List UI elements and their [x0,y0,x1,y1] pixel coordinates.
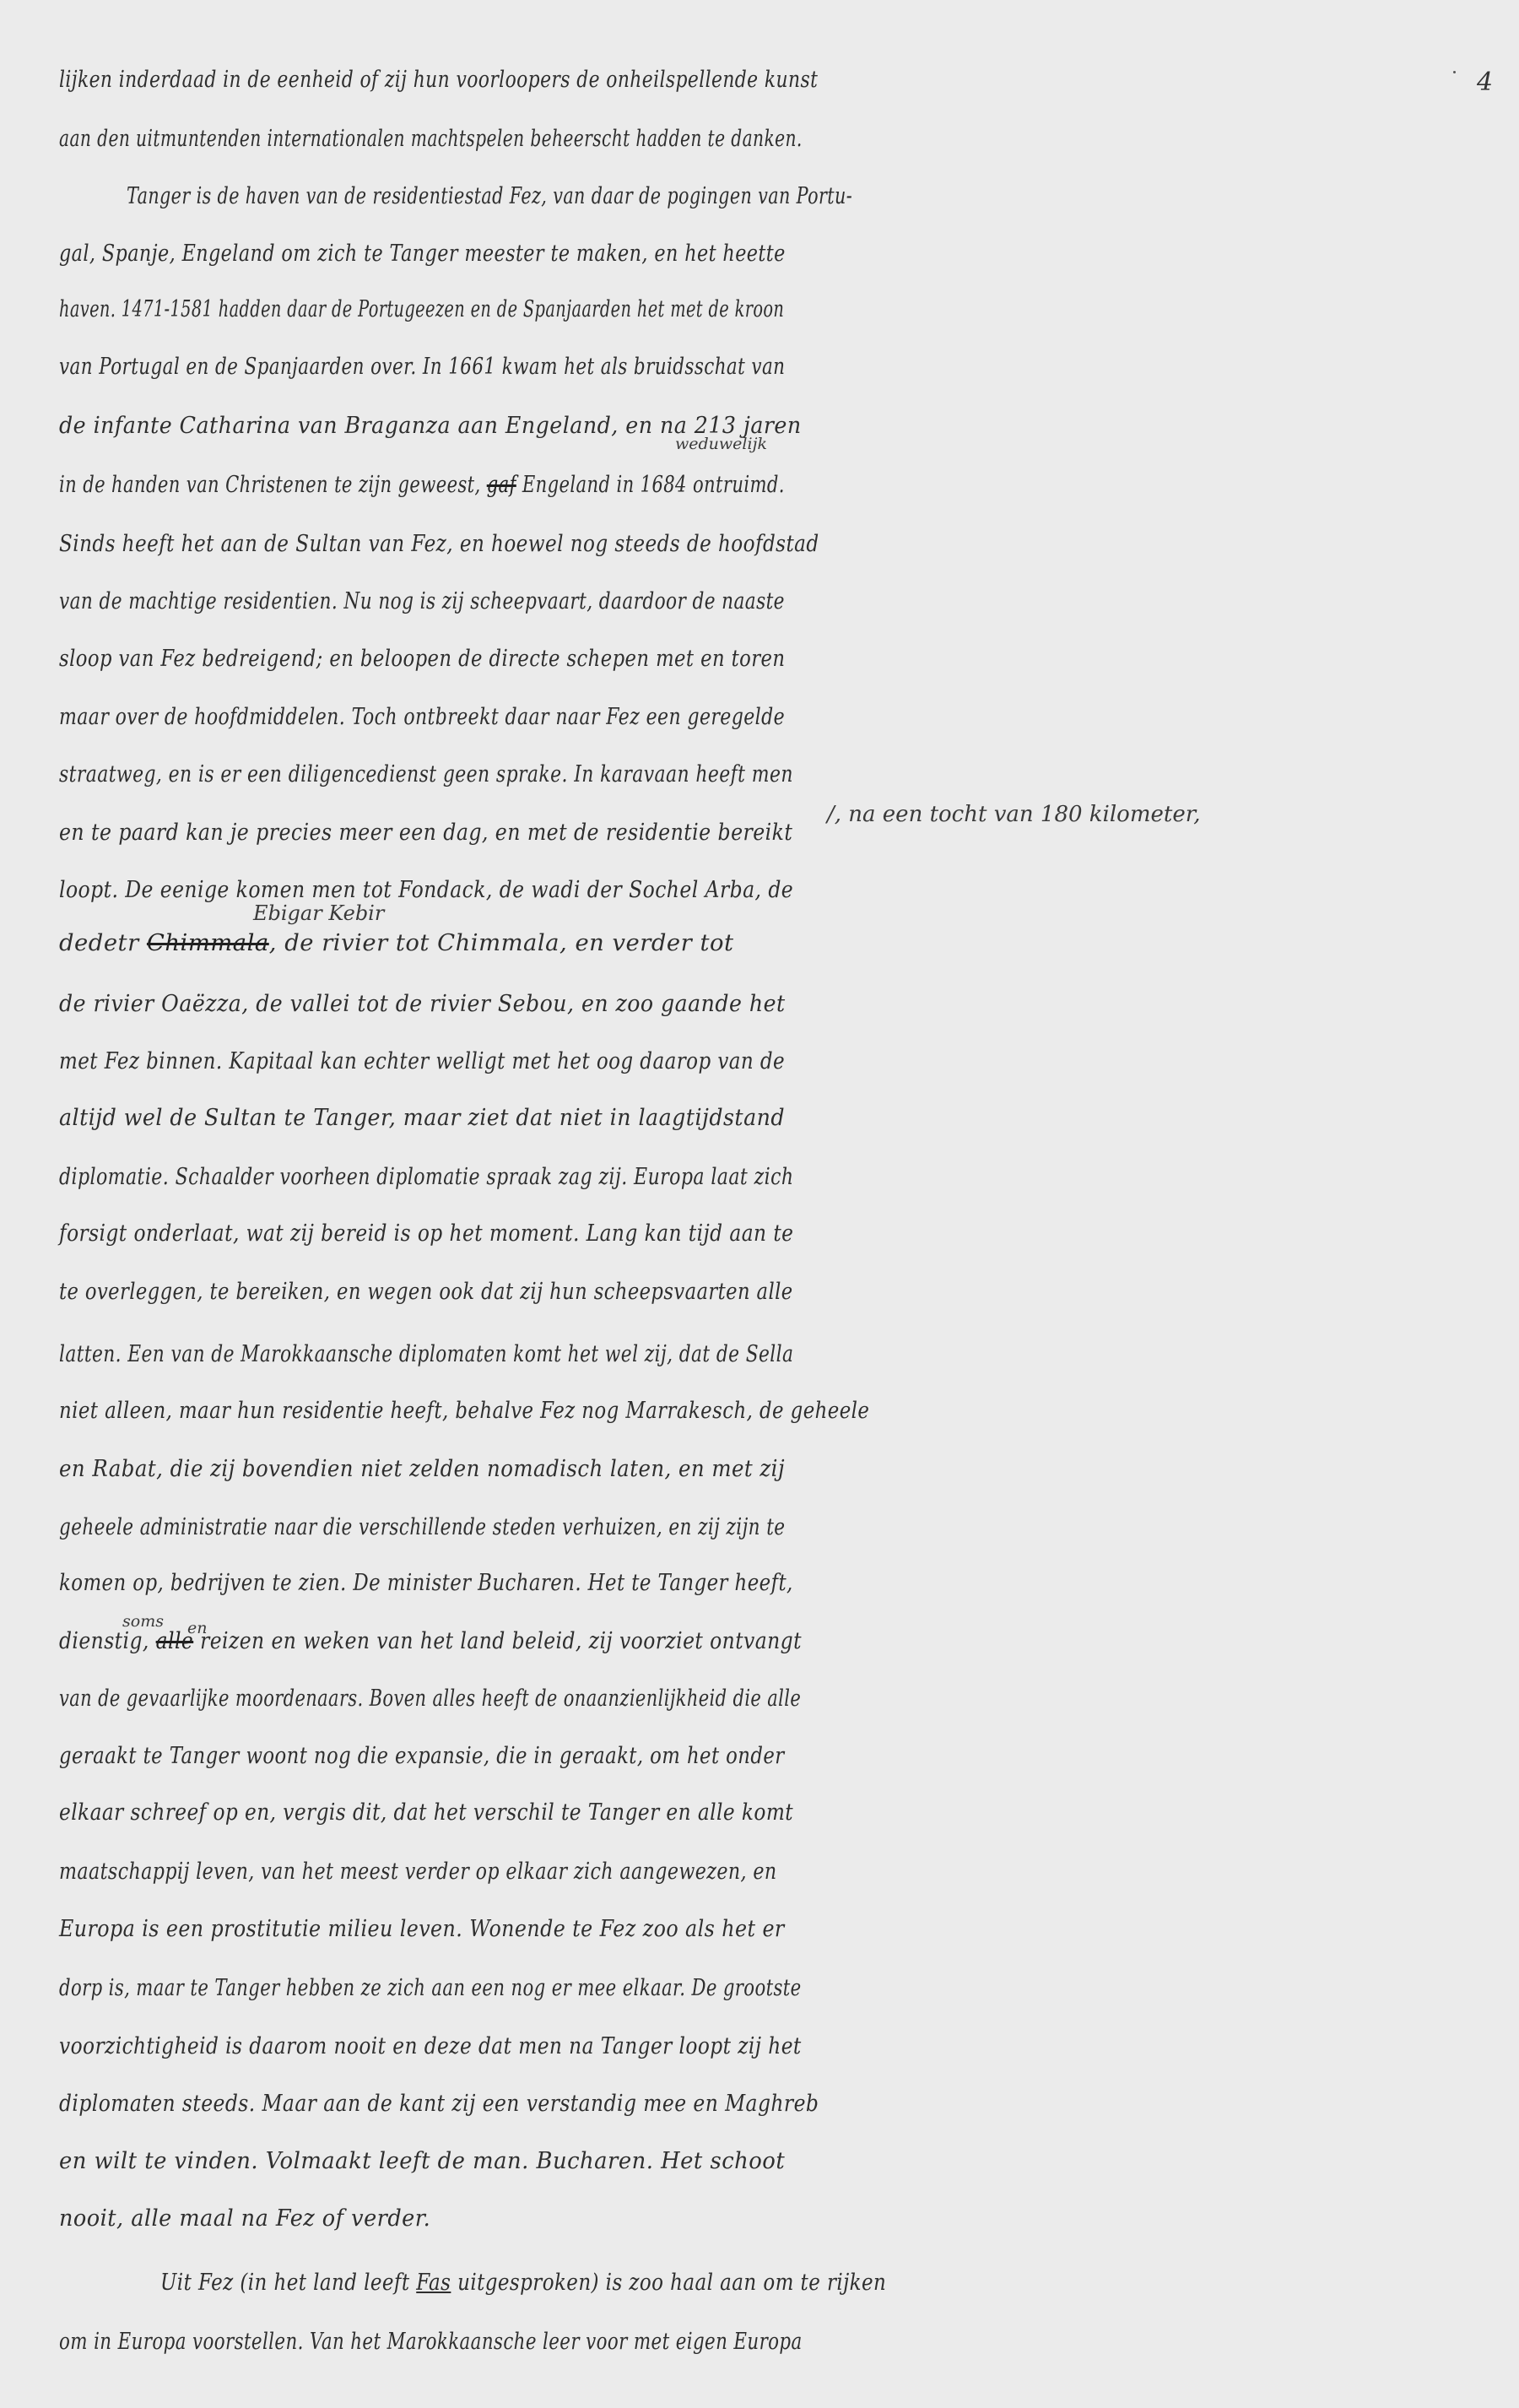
manuscript-line: voorzichtigheid is daarom nooit en deze … [59,2026,802,2068]
manuscript-line: om in Europa voorstellen. Van het Marokk… [59,2321,803,2363]
manuscript-line: aan den uitmuntenden internationalen mac… [59,118,803,160]
manuscript-line: niet alleen, maar hun residentie heeft, … [59,1390,869,1432]
manuscript-line: Europa is een prostitutie milieu leven. … [59,1908,785,1951]
insertion-soms: soms [122,1612,164,1631]
manuscript-line: altijd wel de Sultan te Tanger, maar zie… [59,1097,785,1139]
manuscript-line: forsigt onderlaat, wat zij bereid is op … [59,1213,793,1255]
manuscript-line: sloop van Fez bedreigend; en beloopen de… [59,638,785,680]
manuscript-line: te overleggen, te bereiken, en wegen ook… [59,1271,793,1313]
manuscript-line: van de machtige residentien. Nu nog is z… [59,581,785,623]
manuscript-line: loopt. De eenige komen men tot Fondack, … [59,869,793,912]
insertion-weduwelijk: weduwelijk [675,435,767,453]
manuscript-line: dedetr Chimmala, de rivier tot Chimmala,… [59,923,734,965]
manuscript-line: komen op, bedrijven te zien. De minister… [59,1562,793,1604]
manuscript-line: elkaar schreef op en, vergis dit, dat he… [59,1792,793,1834]
manuscript-line: geheele administratie naar die verschill… [59,1507,785,1549]
manuscript-line: van Portugal en de Spanjaarden over. In … [59,346,785,388]
insertion-en: en [187,1619,207,1637]
manuscript-page: 4 lijken inderdaad in de eenheid of zij … [0,0,1519,2408]
manuscript-line: haven. 1471-1581 hadden daar de Portugee… [59,289,784,331]
page-number: 4 [1477,68,1493,97]
margin-note: /, na een tocht van 180 kilometer, [827,802,1201,827]
manuscript-line: nooit, alle maal na Fez of verder. [59,2198,430,2240]
underlined-word: Fas [416,2270,451,2296]
struck-word: Chimmala [147,930,269,956]
manuscript-line: diplomaten steeds. Maar aan de kant zij … [59,2083,819,2125]
manuscript-line: maatschappij leven, van het meest verder… [59,1851,777,1893]
insertion-ebigar-kebir: Ebigar Kebir [253,901,384,925]
manuscript-line: van de gevaarlijke moordenaars. Boven al… [59,1678,801,1720]
manuscript-line: dorp is, maar te Tanger hebben ze zich a… [59,1967,802,2010]
manuscript-line: maar over de hoofdmiddelen. Toch ontbree… [59,696,785,739]
manuscript-line: straatweg, en is er een diligencedienst … [59,754,793,796]
manuscript-line: in de handen van Christenen te zijn gewe… [59,464,785,506]
manuscript-line: Tanger is de haven van de residentiestad… [127,176,852,218]
manuscript-line: en Rabat, die zij bovendien niet zelden … [59,1448,785,1491]
manuscript-line: en wilt te vinden. Volmaakt leeft de man… [59,2140,785,2183]
manuscript-line: dienstig, alle reizen en weken van het l… [59,1621,802,1663]
manuscript-line: gal, Spanje, Engeland om zich te Tanger … [59,233,786,275]
struck-word: gaf [487,472,516,498]
ink-dot [1453,71,1456,73]
manuscript-line: latten. Een van de Marokkaansche diploma… [59,1334,793,1376]
manuscript-line: de rivier Oaëzza, de vallei tot de rivie… [59,983,786,1025]
manuscript-line: met Fez binnen. Kapitaal kan echter well… [59,1041,785,1083]
manuscript-line: geraakt te Tanger woont nog die expansie… [59,1735,785,1778]
manuscript-line: Sinds heeft het aan de Sultan van Fez, e… [59,523,819,565]
manuscript-line: diplomatie. Schaalder voorheen diplomati… [59,1156,793,1199]
manuscript-line: lijken inderdaad in de eenheid of zij hu… [59,59,818,101]
manuscript-line: en te paard kan je precies meer een dag,… [59,812,792,854]
manuscript-line: Uit Fez (in het land leeft Fas uitgespro… [160,2262,886,2304]
